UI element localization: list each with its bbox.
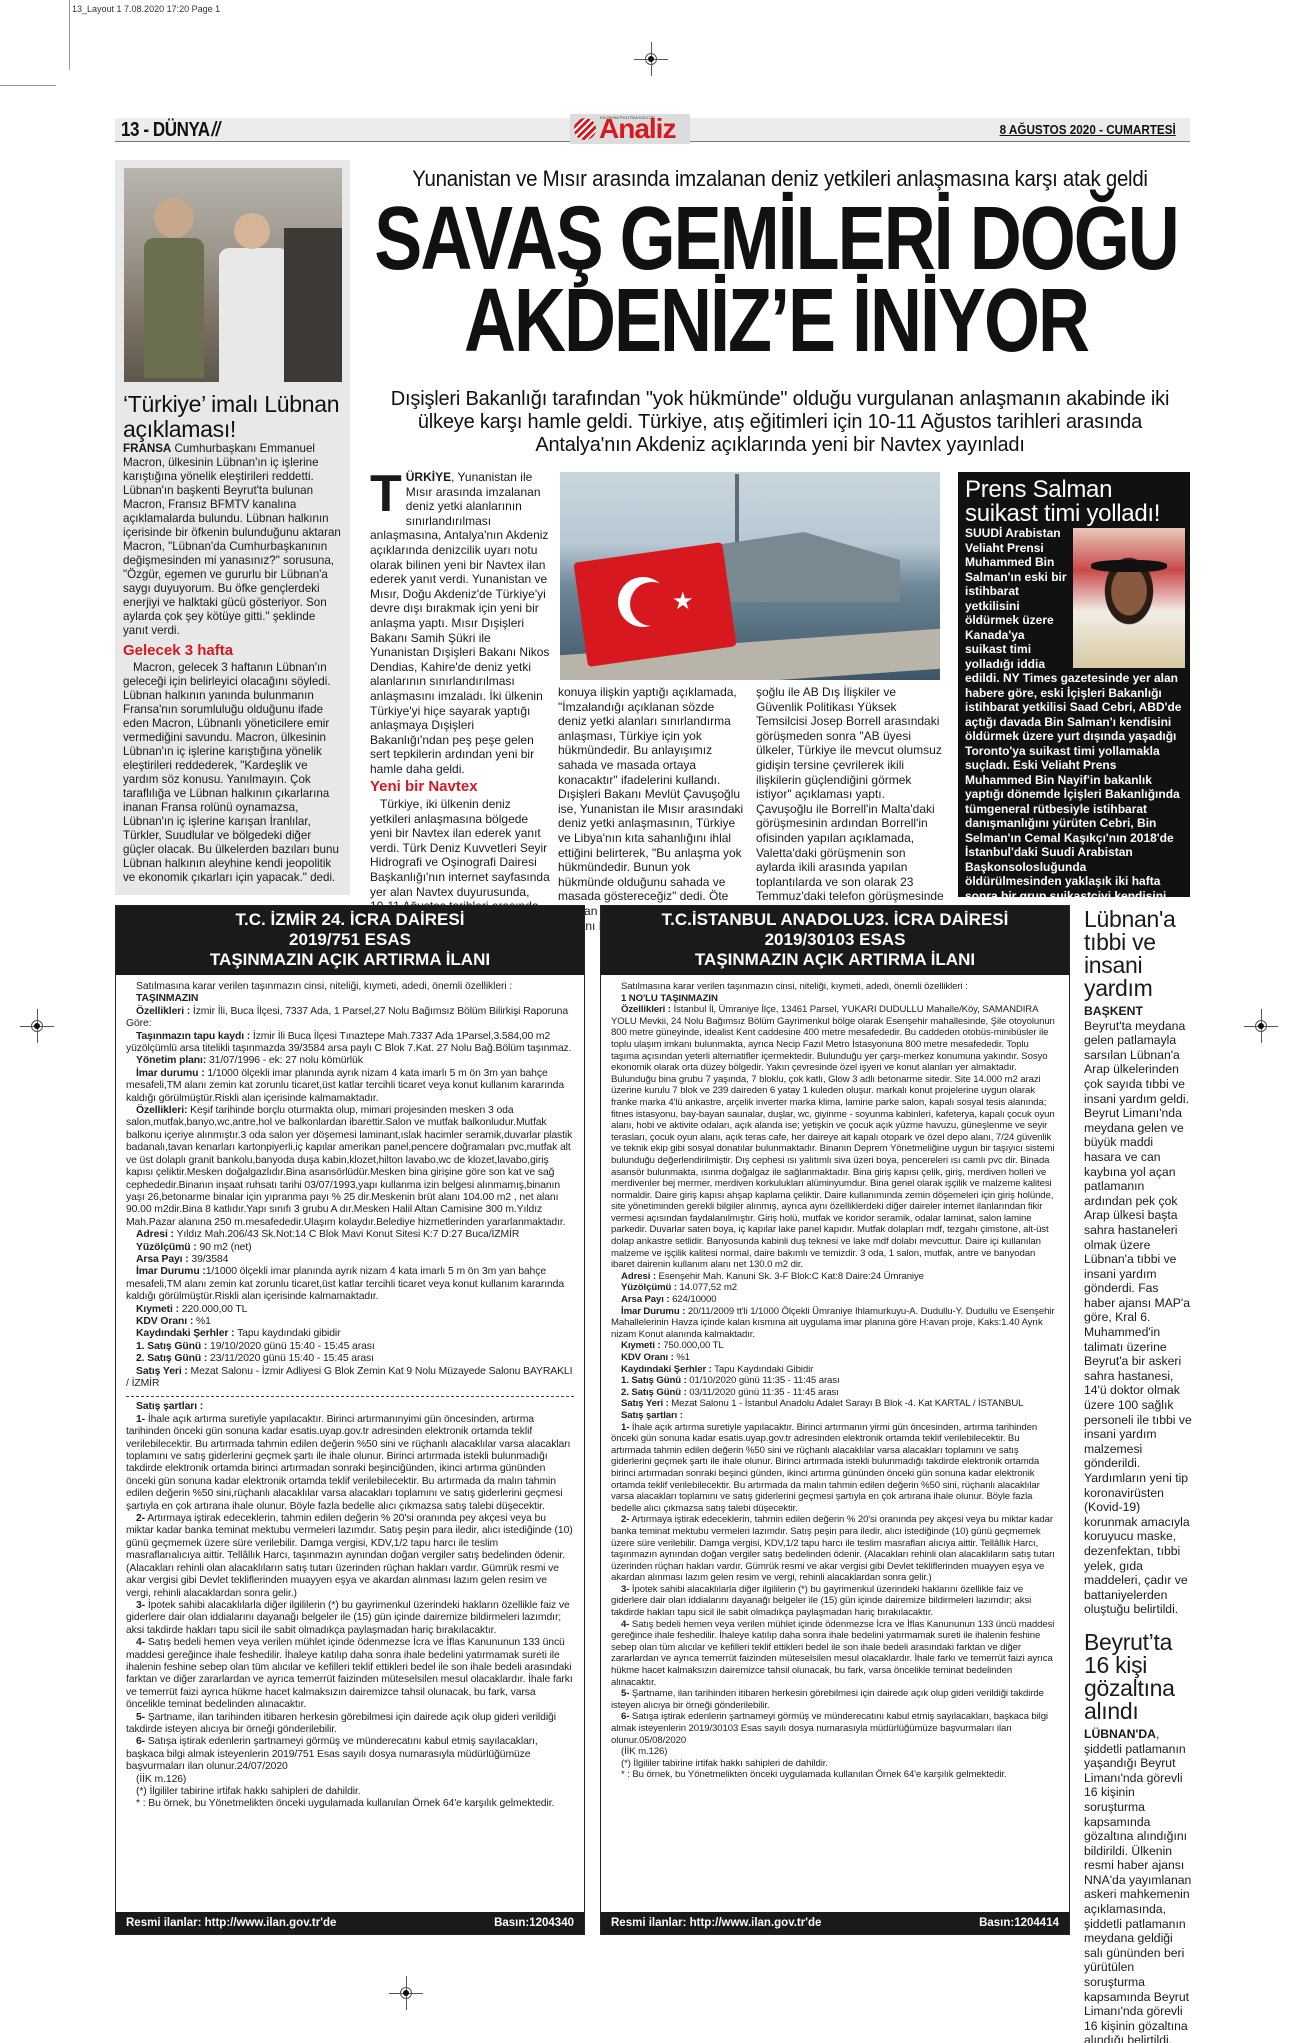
ad-field: Satış Yeri : Mezat Salonu 1 - İstanbul A… bbox=[611, 1398, 1059, 1410]
analiz-logo: EKONOMİ POLİTİKA KÜLTÜR Analiz bbox=[570, 114, 690, 144]
left-story-title: ‘Türkiye’ imalı Lübnan açıklaması! bbox=[123, 392, 342, 442]
ad-field: Kıymeti : 220.000,00 TL bbox=[126, 1304, 574, 1316]
ilan-link[interactable]: Resmi ilanlar: http://www.ilan.gov.tr'de bbox=[126, 1917, 336, 1929]
main-headline: SAVAŞ GEMİLERİ DOĞU AKDENİZ’E İNİYOR bbox=[360, 198, 1192, 362]
left-story-body: FRANSA Cumhurbaşkanı Emmanuel Macron, ül… bbox=[123, 442, 342, 638]
ad-term: 2- Artırmaya iştirak edeceklerin, tahmin… bbox=[126, 1513, 574, 1600]
ad-term: 5- Şartname, ilan tarihinden itibaren he… bbox=[611, 1688, 1059, 1711]
ad-field: Yönetim planı: 31/07/1996 - ek: 27 nolu … bbox=[126, 1055, 574, 1067]
ad-term: 4- Satış bedeli hemen veya verilen mühle… bbox=[611, 1619, 1059, 1689]
lebanon-aid-body: BAŞKENT Beyrut'ta meydana gelen patlamay… bbox=[1084, 1004, 1192, 1617]
drop-cap: T bbox=[370, 472, 402, 516]
lebanon-aid-title: Lübnan'a tıbbi ve insani yardım bbox=[1084, 908, 1192, 1000]
ad-term: 6- Satışa iştirak edenlerin şartnameyi g… bbox=[126, 1736, 574, 1773]
ad-field: KDV Oranı : %1 bbox=[126, 1316, 574, 1328]
ad-field: İmar Durumu :1/1000 ölçekli imar planınd… bbox=[126, 1266, 574, 1303]
issue-date: 8 AĞUSTOS 2020 - CUMARTESİ bbox=[1000, 122, 1176, 137]
ad-term: 5- Şartname, ilan tarihinden itibaren he… bbox=[126, 1712, 574, 1737]
ad-field: Adresi : Yıldız Mah.206/43 Sk.Not:14 C B… bbox=[126, 1229, 574, 1241]
left-story: ‘Türkiye’ imalı Lübnan açıklaması! FRANS… bbox=[115, 160, 350, 895]
section-label: 13 - DÜNYA// bbox=[121, 119, 220, 142]
ad-field: Özellikleri : İstanbul İl, Ümraniye İlçe… bbox=[611, 1004, 1059, 1271]
ad-field: 2. Satış Günü : 23/11/2020 günü 15:40 - … bbox=[126, 1353, 574, 1365]
crop-mark bbox=[0, 85, 56, 86]
ad-field: Yüzölçümü : 90 m2 (net) bbox=[126, 1242, 574, 1254]
warship-photo: ★ bbox=[560, 472, 940, 680]
ad-footer: Resmi ilanlar: http://www.ilan.gov.tr'de… bbox=[601, 1912, 1069, 1934]
legal-ad-istanbul: T.C.İSTANBUL ANADOLU23. İCRA DAİRESİ2019… bbox=[600, 905, 1070, 1935]
left-story-body-2: Macron, gelecek 3 haftanın Lübnan'ın gel… bbox=[123, 661, 342, 885]
ad-term: 1- İhale açık artırma suretiyle yapılaca… bbox=[611, 1422, 1059, 1515]
ad-field: 1. Satış Günü : 19/10/2020 günü 15:40 - … bbox=[126, 1341, 574, 1353]
salman-story-title: Prens Salman suikast timi yolladı! bbox=[965, 478, 1183, 526]
registration-mark-icon bbox=[26, 1015, 48, 1037]
main-deck: Dışişleri Bakanlığı tarafından "yok hükm… bbox=[370, 388, 1190, 457]
globe-logo-icon bbox=[574, 118, 596, 140]
ad-field: Yüzölçümü : 14.077,52 m2 bbox=[611, 1282, 1059, 1294]
ad-header: T.C. İZMİR 24. İCRA DAİRESİ2019/751 ESAS… bbox=[116, 906, 584, 975]
print-slug: 13_Layout 1 7.08.2020 17:20 Page 1 bbox=[72, 4, 220, 14]
crop-mark bbox=[69, 0, 70, 70]
ad-term: 3- İpotek sahibi alacaklılarla diğer ilg… bbox=[126, 1600, 574, 1637]
ad-field: Adresi : Esenşehir Mah. Kanuni Sk. 3-F B… bbox=[611, 1271, 1059, 1283]
registration-mark-icon bbox=[640, 48, 662, 70]
left-story-subhead: Gelecek 3 hafta bbox=[123, 642, 342, 659]
ad-field: Kıymeti : 750.000,00 TL bbox=[611, 1340, 1059, 1352]
ad-field: Satış Yeri : Mezat Salonu - İzmir Adliye… bbox=[126, 1366, 574, 1391]
main-subhead: Yeni bir Navtex bbox=[370, 780, 550, 795]
ad-term: 3- İpotek sahibi alacaklılarla diğer ilg… bbox=[611, 1584, 1059, 1619]
beirut-detention-title: Beyrut’ta 16 kişi gözaltına alındı bbox=[1084, 1631, 1192, 1723]
ad-field: İmar durumu : 1/1000 ölçekli imar planın… bbox=[126, 1068, 574, 1105]
ad-field: 2. Satış Günü : 03/11/2020 günü 11:35 - … bbox=[611, 1387, 1059, 1399]
ad-field: 1. Satış Günü : 01/10/2020 günü 11:35 - … bbox=[611, 1375, 1059, 1387]
ad-field: İmar Durumu : 20/11/2009 tt'li 1/1000 Öl… bbox=[611, 1306, 1059, 1341]
registration-mark-icon bbox=[395, 1982, 417, 2004]
page-masthead: 13 - DÜNYA// EKONOMİ POLİTİKA KÜLTÜR Ana… bbox=[115, 118, 1190, 142]
ad-term: 6- Satışa iştirak edenlerin şartnameyi g… bbox=[611, 1711, 1059, 1746]
ad-field: Özellikleri : İzmir İli, Buca İlçesi, 73… bbox=[126, 1006, 574, 1031]
main-story-column-2: konuya ilişkin yaptığı açıklamada, "İmza… bbox=[558, 685, 746, 933]
beirut-detention-body: LÜBNAN'DA, şiddetli patlamanın yaşandığı… bbox=[1084, 1727, 1192, 2043]
ad-footer: Resmi ilanlar: http://www.ilan.gov.tr'de… bbox=[116, 1912, 584, 1934]
ad-field: Taşınmazın tapu kaydı : İzmir İli Buca İ… bbox=[126, 1031, 574, 1056]
ad-field: Arsa Payı : 39/3584 bbox=[126, 1254, 574, 1266]
ad-header: T.C.İSTANBUL ANADOLU23. İCRA DAİRESİ2019… bbox=[601, 906, 1069, 975]
ad-field: Kaydındaki Şerhler : Tapu kaydındaki gib… bbox=[126, 1328, 574, 1340]
ad-term: 1- İhale açık artırma suretiyle yapılaca… bbox=[126, 1414, 574, 1513]
registration-mark-icon bbox=[1250, 1015, 1272, 1037]
ilan-link[interactable]: Resmi ilanlar: http://www.ilan.gov.tr'de bbox=[611, 1917, 821, 1929]
ad-field: KDV Oranı : %1 bbox=[611, 1352, 1059, 1364]
macron-photo bbox=[124, 168, 342, 382]
main-story-column-1: T ÜRKİYE, Yunanistan ile Mısır arasında … bbox=[370, 470, 550, 972]
ad-field: Özellikleri: Keşif tarihinde borçlu otur… bbox=[126, 1105, 574, 1229]
ad-term: 4- Satış bedeli hemen veya verilen mühle… bbox=[126, 1637, 574, 1711]
ad-term: 2- Artırmaya iştirak edeceklerin, tahmin… bbox=[611, 1514, 1059, 1584]
salman-story-box: Prens Salman suikast timi yolladı! SUUDİ… bbox=[958, 472, 1190, 897]
legal-ad-izmir: T.C. İZMİR 24. İCRA DAİRESİ2019/751 ESAS… bbox=[115, 905, 585, 1935]
ad-field: Arsa Payı : 624/10000 bbox=[611, 1294, 1059, 1306]
ad-field: Kaydındaki Şerhler : Tapu Kaydındaki Gib… bbox=[611, 1364, 1059, 1376]
right-column: Lübnan'a tıbbi ve insani yardım BAŞKENT … bbox=[1084, 908, 1192, 2043]
salman-photo bbox=[1073, 528, 1185, 668]
